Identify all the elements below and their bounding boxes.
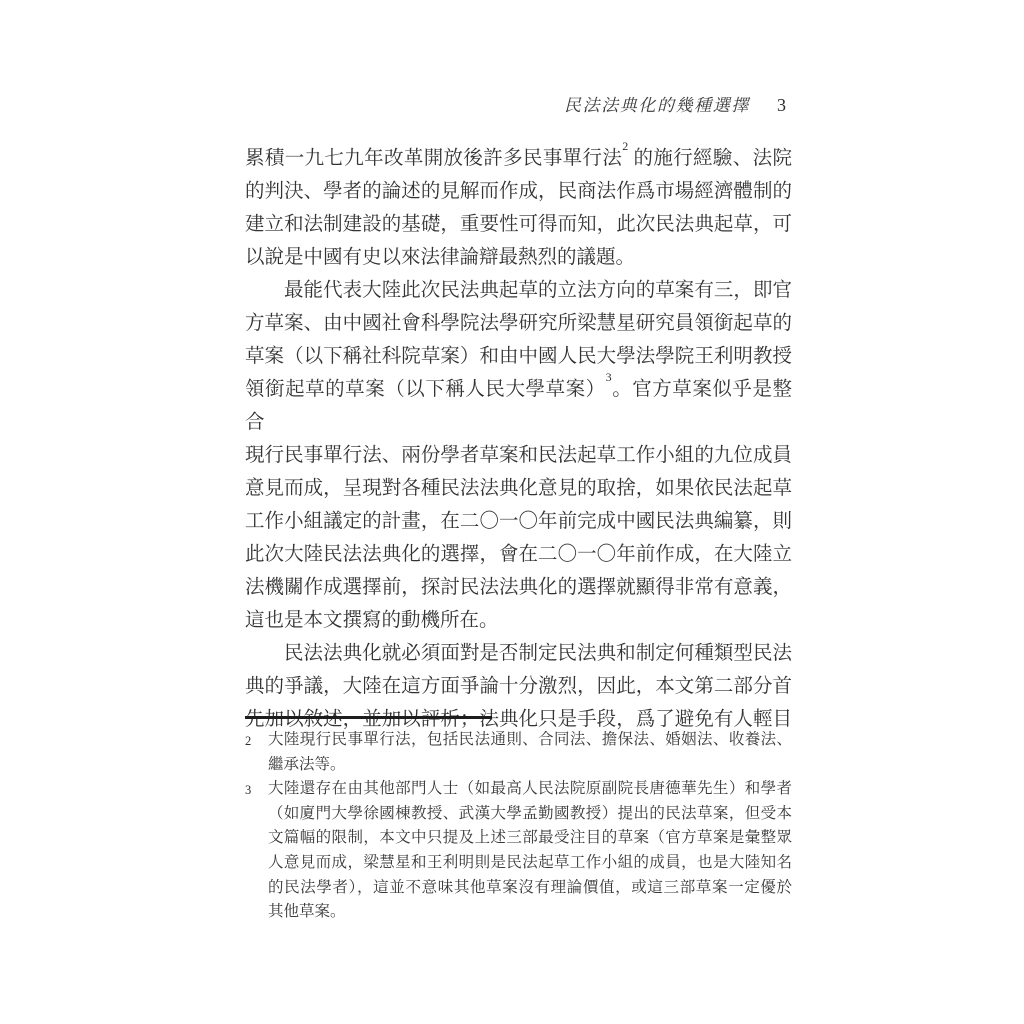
body-text: 累積一九七九年改革開放後許多民事單行法2 的施行經驗、法院的判決、學者的論述的見… [245, 142, 792, 736]
body-line: 意見而成，呈現對各種民法法典化意見的取捨，如果依民法起草 [245, 472, 792, 505]
book-page: 民法法典化的幾種選擇 3 累積一九七九年改革開放後許多民事單行法2 的施行經驗、… [0, 0, 1024, 1024]
footnote-line: 大陸還存在由其他部門人士（如最高人民法院原副院長唐德華先生）和學者 [268, 777, 792, 802]
running-header: 民法法典化的幾種選擇 3 [0, 91, 786, 116]
body-line: 方草案、由中國社會科學院法學研究所梁慧星研究員領銜起草的 [245, 307, 792, 340]
footnote-line: 的民法學者），這並不意味其他草案沒有理論價值，或這三部草案一定優於 [268, 876, 792, 901]
footnote-line: 文篇幅的限制，本文中只提及上述三部最受注目的草案（官方草案是彙整眾 [268, 826, 792, 851]
body-line: 此次大陸民法法典化的選擇，會在二〇一〇年前作成，在大陸立 [245, 538, 792, 571]
footnote-line: 大陸現行民事單行法，包括民法通則、合同法、擔保法、婚姻法、收養法、 [268, 728, 792, 753]
body-line: 建立和法制建設的基礎，重要性可得而知，此次民法典起草，可 [245, 208, 792, 241]
footnote-item: 2大陸現行民事單行法，包括民法通則、合同法、擔保法、婚姻法、收養法、繼承法等。 [245, 728, 792, 777]
body-line: 領銜起草的草案（以下稱人民大學草案）3。官方草案似乎是整合 [245, 373, 792, 439]
footnotes: 2大陸現行民事單行法，包括民法通則、合同法、擔保法、婚姻法、收養法、繼承法等。3… [245, 728, 792, 925]
body-line: 草案（以下稱社科院草案）和由中國人民大學法學院王利明教授 [245, 340, 792, 373]
footnote-text: 大陸還存在由其他部門人士（如最高人民法院原副院長唐德華先生）和學者（如廈門大學徐… [268, 777, 792, 925]
footnote-line: 繼承法等。 [268, 753, 792, 778]
footnote-marker: 2 [245, 728, 268, 777]
body-line: 典的爭議，大陸在這方面爭論十分激烈，因此，本文第二部分首 [245, 670, 792, 703]
footnote-text: 大陸現行民事單行法，包括民法通則、合同法、擔保法、婚姻法、收養法、繼承法等。 [268, 728, 792, 777]
body-line: 這也是本文撰寫的動機所在。 [245, 604, 792, 637]
footnote-separator [245, 716, 492, 719]
footnote-line: 人意見而成，梁慧星和王利明則是民法起草工作小組的成員，也是大陸知名 [268, 851, 792, 876]
body-line: 的判決、學者的論述的見解而作成，民商法作爲市場經濟體制的 [245, 175, 792, 208]
body-line: 民法法典化就必須面對是否制定民法典和制定何種類型民法 [245, 637, 792, 670]
body-line: 法機關作成選擇前，探討民法法典化的選擇就顯得非常有意義， [245, 571, 792, 604]
body-line: 現行民事單行法、兩份學者草案和民法起草工作小組的九位成員 [245, 439, 792, 472]
page-number: 3 [777, 95, 786, 116]
footnote-line: 其他草案。 [268, 900, 792, 925]
footnote-marker: 3 [245, 777, 268, 925]
footnote-ref: 3 [606, 370, 612, 384]
body-line: 累積一九七九年改革開放後許多民事單行法2 的施行經驗、法院 [245, 142, 792, 175]
body-line: 最能代表大陸此次民法典起草的立法方向的草案有三，即官 [245, 274, 792, 307]
chapter-title: 民法法典化的幾種選擇 [564, 91, 750, 116]
body-line: 工作小組議定的計畫，在二〇一〇年前完成中國民法典編纂，則 [245, 505, 792, 538]
body-line: 以說是中國有史以來法律論辯最熱烈的議題。 [245, 241, 792, 274]
footnote-line: （如廈門大學徐國棟教授、武漢大學孟勤國教授）提出的民法草案，但受本 [268, 802, 792, 827]
footnote-item: 3大陸還存在由其他部門人士（如最高人民法院原副院長唐德華先生）和學者（如廈門大學… [245, 777, 792, 925]
footnote-ref: 2 [622, 139, 628, 153]
